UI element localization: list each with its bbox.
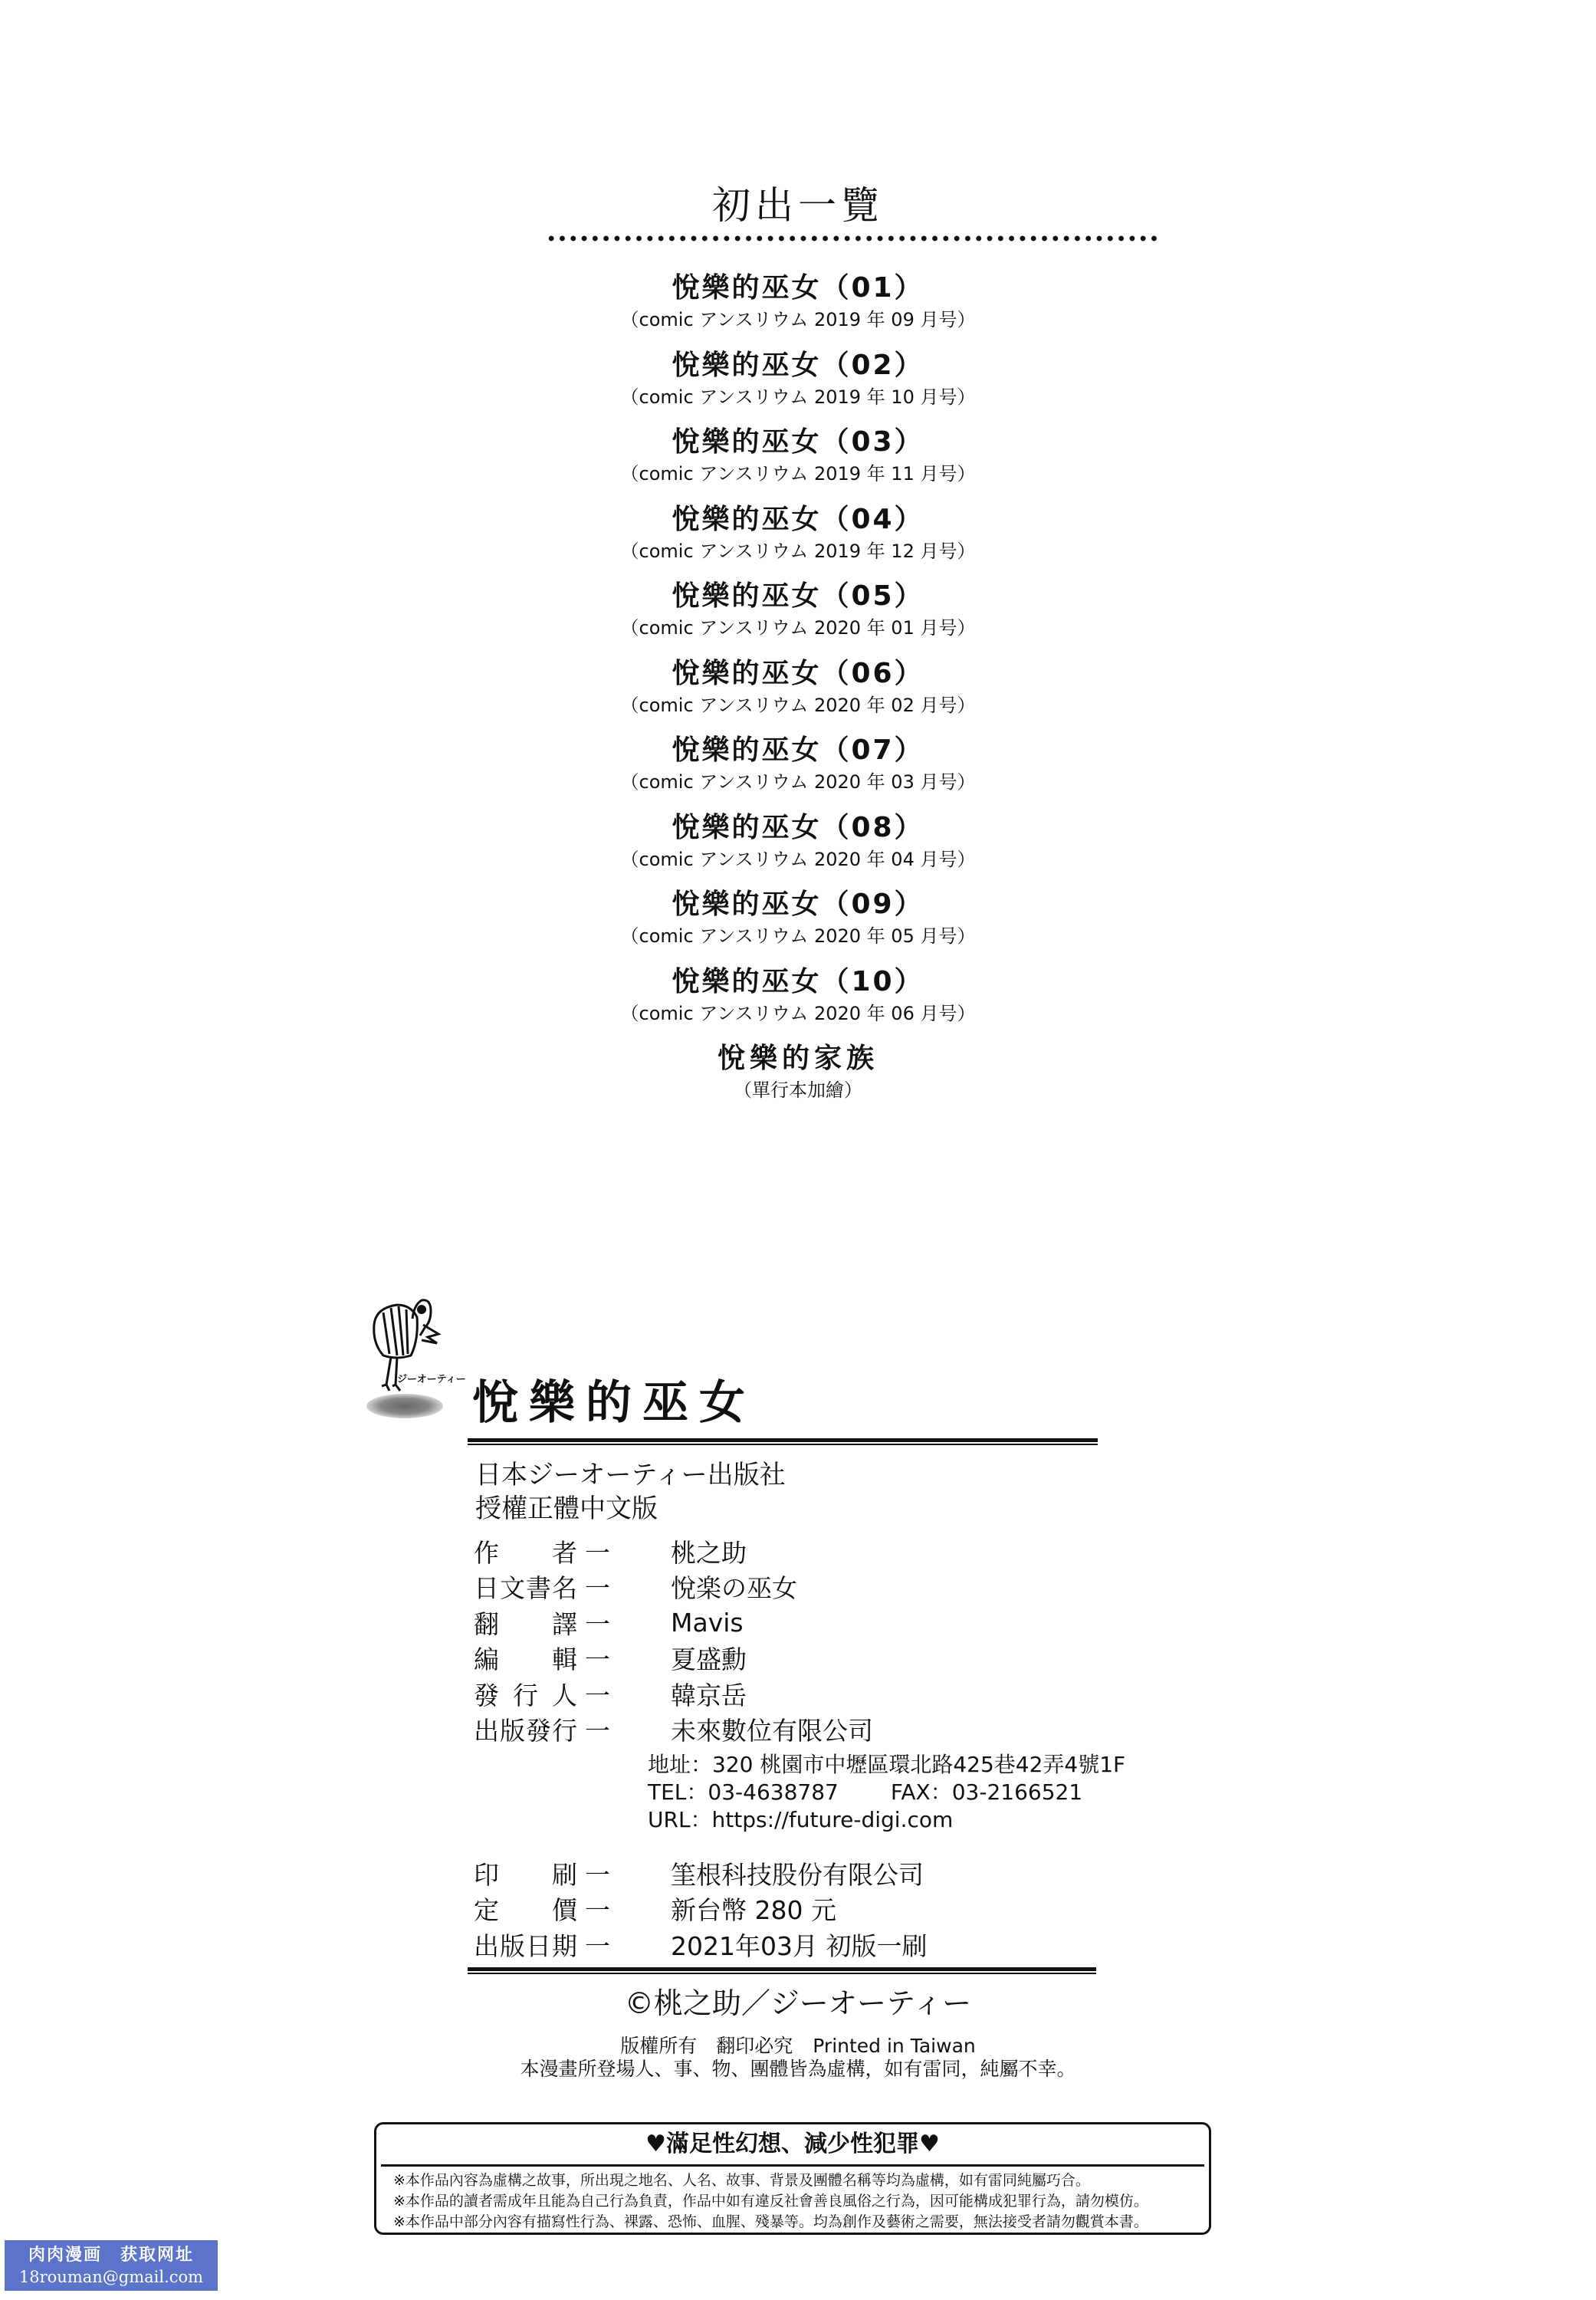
credit-editor: 編輯 一 夏盛勳 xyxy=(474,1641,873,1677)
credit-label: 日文書名 xyxy=(474,1569,577,1605)
toc-item: 悅樂的巫女（04） （comic アンスリウム 2019 年 12 月号） xyxy=(0,501,1596,579)
watermark-badge: 肉肉漫画 获取网址 18rouman@gmail.com xyxy=(5,2240,218,2291)
rights-line: 版權所有 翻印必究Printed in Taiwan xyxy=(0,2035,1596,2058)
logo-shadow xyxy=(366,1394,443,1418)
credit-translator: 翻譯 一 Mavis xyxy=(474,1605,873,1641)
credit-value: 韓京岳 xyxy=(671,1676,747,1712)
credit-label: 發行人 xyxy=(474,1676,577,1712)
address: 地址：320 桃園市中壢區環北路425巷42弄4號1F xyxy=(648,1751,1125,1779)
dash: 一 xyxy=(577,1569,671,1605)
toc-item: 悅樂的巫女（05） （comic アンスリウム 2020 年 01 月号） xyxy=(0,578,1596,655)
credit-label: 編輯 xyxy=(474,1640,577,1676)
toc-item-title: 悅樂的巫女（01） xyxy=(0,270,1596,307)
credit-printer: 印刷 一 筀根科技股份有限公司 xyxy=(474,1855,927,1891)
watermark-email: 18rouman@gmail.com xyxy=(5,2266,218,2288)
publisher-contact: 地址：320 桃園市中壢區環北路425巷42弄4號1F TEL：03-46387… xyxy=(648,1751,1125,1834)
toc-item: 悅樂的巫女（07） （comic アンスリウム 2020 年 03 月号） xyxy=(0,732,1596,810)
title-double-rule xyxy=(468,1438,1098,1445)
toc-item: 悅樂的巫女（09） （comic アンスリウム 2020 年 05 月号） xyxy=(0,886,1596,964)
toc-item-title: 悅樂的巫女（02） xyxy=(0,347,1596,384)
toc-item-source: （comic アンスリウム 2020 年 02 月号） xyxy=(0,692,1596,718)
credit-publisher: 出版發行 一 未來數位有限公司 xyxy=(474,1712,873,1748)
toc-item-title: 悅樂的巫女（06） xyxy=(0,655,1596,692)
toc-item: 悅樂的家族 （單行本加繪） xyxy=(0,1040,1596,1118)
credit-label: 印刷 xyxy=(474,1855,577,1891)
printed-in: Printed in Taiwan xyxy=(813,2035,975,2057)
dash: 一 xyxy=(577,1927,671,1963)
logo-caption: ジーオーティー xyxy=(397,1371,466,1385)
toc-title: 初出一覽 xyxy=(0,175,1596,230)
bottom-double-rule xyxy=(468,1967,1096,1974)
credit-value: 未來數位有限公司 xyxy=(671,1711,873,1747)
toc-item: 悅樂的巫女（08） （comic アンスリウム 2020 年 04 月号） xyxy=(0,810,1596,887)
toc-item-source: （comic アンスリウム 2019 年 11 月号） xyxy=(0,461,1596,487)
toc-item-source: （comic アンスリウム 2020 年 04 月号） xyxy=(0,846,1596,872)
telephone: TEL：03-4638787 xyxy=(648,1779,839,1806)
credit-label: 出版發行 xyxy=(474,1711,577,1747)
notice-slogan: ♥滿足性幻想、減少性犯罪♥ xyxy=(376,2129,1209,2160)
print-info-list: 印刷 一 筀根科技股份有限公司 定價 一 新台幣 280 元 出版日期 一 20… xyxy=(474,1855,927,1963)
dash: 一 xyxy=(577,1676,671,1712)
toc-list: 悅樂的巫女（01） （comic アンスリウム 2019 年 09 月号） 悅樂… xyxy=(0,270,1596,1118)
credit-value: 夏盛勳 xyxy=(671,1640,747,1676)
book-title: 悅樂的巫女 xyxy=(472,1376,756,1430)
toc-item-source: （單行本加繪） xyxy=(0,1077,1596,1103)
toc-item-title: 悅樂的巫女（10） xyxy=(0,964,1596,1001)
credit-label: 翻譯 xyxy=(474,1605,577,1641)
notice-divider xyxy=(381,2164,1204,2167)
dash: 一 xyxy=(577,1533,671,1569)
notice-line: ※本作品的讀者需成年且能為自己行為負責，作品中如有違反社會善良風俗之行為，因可能… xyxy=(393,2191,1148,2212)
notice-box: ♥滿足性幻想、減少性犯罪♥ ※本作品內容為虛構之故事，所出現之地名、人名、故事、… xyxy=(374,2122,1211,2235)
notice-line: ※本作品內容為虛構之故事，所出現之地名、人名、故事、背景及團體名稱等均為虛構，如… xyxy=(393,2170,1148,2191)
credit-value: 桃之助 xyxy=(671,1533,747,1569)
toc-item-source: （comic アンスリウム 2020 年 03 月号） xyxy=(0,769,1596,795)
publisher-logo: ジーオーティー xyxy=(366,1294,466,1394)
credit-value: 2021年03月 初版一刷 xyxy=(671,1927,927,1963)
credits-list: 作者 一 桃之助 日文書名 一 悅楽の巫女 翻譯 一 Mavis 編輯 一 夏盛… xyxy=(474,1533,873,1747)
dash: 一 xyxy=(577,1605,671,1641)
toc-item-source: （comic アンスリウム 2019 年 12 月号） xyxy=(0,538,1596,564)
bird-eye xyxy=(417,1305,426,1314)
toc-item: 悅樂的巫女（03） （comic アンスリウム 2019 年 11 月号） xyxy=(0,424,1596,501)
dash: 一 xyxy=(577,1891,671,1927)
dotted-divider xyxy=(546,235,1159,242)
watermark-title: 肉肉漫画 获取网址 xyxy=(5,2240,218,2266)
toc-item-title: 悅樂的巫女（07） xyxy=(0,732,1596,769)
credit-publish-date: 出版日期 一 2021年03月 初版一刷 xyxy=(474,1927,927,1963)
fiction-notice: 本漫畫所登場人、事、物、團體皆為虛構，如有雷同，純屬不幸。 xyxy=(0,2058,1596,2081)
website-url: URL：https://future-digi.com xyxy=(648,1806,1125,1834)
toc-item: 悅樂的巫女（06） （comic アンスリウム 2020 年 02 月号） xyxy=(0,655,1596,733)
dash: 一 xyxy=(577,1855,671,1891)
toc-item-source: （comic アンスリウム 2020 年 05 月号） xyxy=(0,923,1596,949)
dash: 一 xyxy=(577,1711,671,1747)
credit-label: 定價 xyxy=(474,1891,577,1927)
credit-value: 悅楽の巫女 xyxy=(671,1569,797,1605)
toc-item-title: 悅樂的巫女（08） xyxy=(0,810,1596,846)
toc-item-source: （comic アンスリウム 2019 年 10 月号） xyxy=(0,384,1596,410)
toc-item-title: 悅樂的家族 xyxy=(0,1040,1596,1077)
toc-item-title: 悅樂的巫女（09） xyxy=(0,886,1596,923)
toc-item-source: （comic アンスリウム 2020 年 06 月号） xyxy=(0,1001,1596,1027)
toc-item: 悅樂的巫女（10） （comic アンスリウム 2020 年 06 月号） xyxy=(0,964,1596,1041)
fax: FAX：03-2166521 xyxy=(891,1779,1082,1806)
toc-item-title: 悅樂的巫女（05） xyxy=(0,578,1596,615)
credit-value: 新台幣 280 元 xyxy=(671,1891,836,1927)
publisher-line: 日本ジーオーティー出版社 xyxy=(475,1458,786,1492)
copyright: ©桃之助／ジーオーティー xyxy=(0,1984,1596,2022)
credit-price: 定價 一 新台幣 280 元 xyxy=(474,1891,927,1927)
credit-japanese-title: 日文書名 一 悅楽の巫女 xyxy=(474,1569,873,1605)
toc-item-title: 悅樂的巫女（04） xyxy=(0,501,1596,538)
notice-line: ※本作品中部分內容有描寫性行為、裸露、恐怖、血腥、殘暴等。均為創作及藝術之需要，… xyxy=(393,2212,1148,2233)
credit-value: 筀根科技股份有限公司 xyxy=(671,1855,924,1891)
credit-issuer: 發行人 一 韓京岳 xyxy=(474,1676,873,1712)
credit-label: 作者 xyxy=(474,1533,577,1569)
toc-item-source: （comic アンスリウム 2020 年 01 月号） xyxy=(0,615,1596,641)
toc-item: 悅樂的巫女（01） （comic アンスリウム 2019 年 09 月号） xyxy=(0,270,1596,347)
toc-item-source: （comic アンスリウム 2019 年 09 月号） xyxy=(0,307,1596,333)
credit-label: 出版日期 xyxy=(474,1927,577,1963)
dash: 一 xyxy=(577,1640,671,1676)
toc-item: 悅樂的巫女（02） （comic アンスリウム 2019 年 10 月号） xyxy=(0,347,1596,425)
credit-author: 作者 一 桃之助 xyxy=(474,1533,873,1569)
credit-value: Mavis xyxy=(671,1608,744,1638)
toc-item-title: 悅樂的巫女（03） xyxy=(0,424,1596,461)
license-line: 授權正體中文版 xyxy=(475,1492,658,1526)
rights-reserved: 版權所有 翻印必究 xyxy=(620,2035,793,2057)
